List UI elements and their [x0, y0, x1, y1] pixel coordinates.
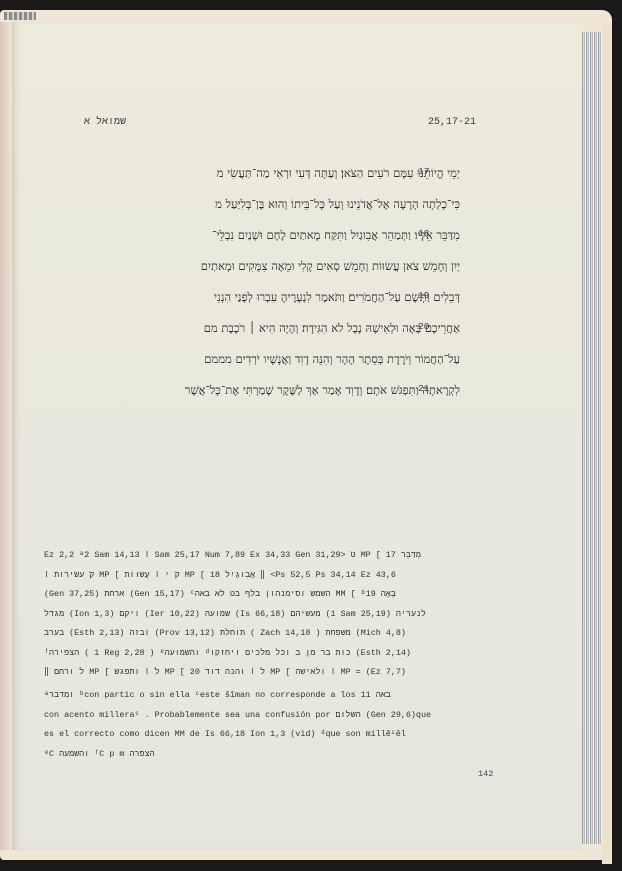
bookmark-tab: [4, 12, 36, 20]
verse-text: יַיִן וְחָמֵשׁ צֹאן עֲשׂוּוֹת וְחָמֵשׁ ס…: [110, 259, 460, 273]
verse-line: יְמֵי הֱיוֹתֵנוּ עִמָּם רֹעִים הַצֹּאן׃ …: [110, 166, 440, 197]
apparatus-line: ǀ ק̇ עשׂירות MP [ עֲשׂוּוֹת ǀ ק̇ י MP [ …: [44, 566, 504, 586]
verse-text: יְמֵי הֱיוֹתֵנוּ עִמָּם רֹעִים הַצֹּאן׃ …: [110, 166, 460, 180]
verse-text: עַל־הַחֲמוֹר וְיֹרֶדֶת בְּסֵתֶר הָהָר וְ…: [110, 352, 460, 366]
verse-number: 20: [418, 321, 429, 332]
verse-line: אַחֲרֵיכֶם בָּאָה וּלְאִישָׁהּ נָבָל לֹא…: [110, 321, 440, 352]
apparatus-line: ᶠהצפירה ( 1 Reg 2,28 ) ᵉוהשמועה ᵈכות בר …: [44, 644, 504, 664]
apparatus-line: ‖ ל̇ ורחם MP [ ותפגש ǀ ל̇ MP [ והנה דוד …: [44, 663, 504, 683]
verse-number: 17: [418, 166, 429, 177]
verse-line: יַיִן וְחָמֵשׁ צֹאן עֲשׂוּוֹת וְחָמֵשׁ ס…: [110, 259, 440, 290]
running-head-book-title: שמואל א: [84, 117, 126, 128]
footnote-line: con acento milleraᶜ . Probablemente sea …: [44, 706, 504, 726]
verse-number: 21: [418, 383, 429, 394]
apparatus-line: מגדל (Ion 1,3) ויקם (Ier 10,22) שמועה (I…: [44, 605, 504, 625]
page-number: 142: [478, 769, 493, 779]
verse-line: לִקְרָאתָהּ וַתִּפְגֹּשׁ אֹתָם׃ וְדָוִד …: [110, 383, 440, 414]
apparatus-line: (Gen 37,25) ארחת (Gen 15,17) ᶜהשמש וסימנ…: [44, 585, 504, 605]
footnote-line: ᵉC והשמעה ᶠC p m הצפרה: [44, 745, 504, 765]
verse-line: עַל־הַחֲמוֹר וְיֹרֶדֶת בְּסֵתֶר הָהָר וְ…: [110, 352, 440, 383]
page-gutter: [0, 22, 12, 850]
footnote-line: ᵃומדבר ᵇcon partic o sin ella ᶜeste šîma…: [44, 686, 504, 706]
verse-line: מִדַּבֵּר אֵלָיו׃ וַתְּמַהֵר אֲבִוגַיִל …: [110, 228, 440, 259]
apparatus-line: בערב (Esth 2,13) ובזה (Prov 13,12) תוחלת…: [44, 624, 504, 644]
footnote-line: es el correcto como dicen MM de Is 66,18…: [44, 725, 504, 745]
masorah-apparatus: Ez 2,2 ᵃ2 Sam 14,13 ǀ Sam 25,17 Num 7,89…: [44, 546, 504, 683]
verse-text: אַחֲרֵיכֶם בָּאָה וּלְאִישָׁהּ נָבָל לֹא…: [110, 321, 460, 335]
verse-line: דְּבֵלִים וַתָּשֶׂם עַל־הַחֲמֹרִים׃ וַתֹ…: [110, 290, 440, 321]
verse-text: כִּי־כָלְתָה הָרָעָה אֶל־אֲדֹנֵינוּ וְעַ…: [110, 197, 460, 211]
verse-text: לִקְרָאתָהּ וַתִּפְגֹּשׁ אֹתָם׃ וְדָוִד …: [110, 383, 460, 397]
verse-text: דְּבֵלִים וַתָּשֶׂם עַל־הַחֲמֹרִים׃ וַתֹ…: [110, 290, 460, 304]
apparatus-line: Ez 2,2 ᵃ2 Sam 14,13 ǀ Sam 25,17 Num 7,89…: [44, 546, 504, 566]
verse-number: 18: [418, 228, 429, 239]
verse-text: מִדַּבֵּר אֵלָיו׃ וַתְּמַהֵר אֲבִוגַיִל …: [110, 228, 460, 242]
running-head-chapter-verses: 25,17-21: [428, 117, 476, 128]
verse-number: 19: [418, 290, 429, 301]
verse-line: כִּי־כָלְתָה הָרָעָה אֶל־אֲדֹנֵינוּ וְעַ…: [110, 197, 440, 228]
hebrew-text-block: יְמֵי הֱיוֹתֵנוּ עִמָּם רֹעִים הַצֹּאן׃ …: [110, 166, 440, 414]
footnotes: ᵃומדבר ᵇcon partic o sin ella ᶜeste šîma…: [44, 686, 504, 764]
cover-edge: [602, 24, 612, 864]
